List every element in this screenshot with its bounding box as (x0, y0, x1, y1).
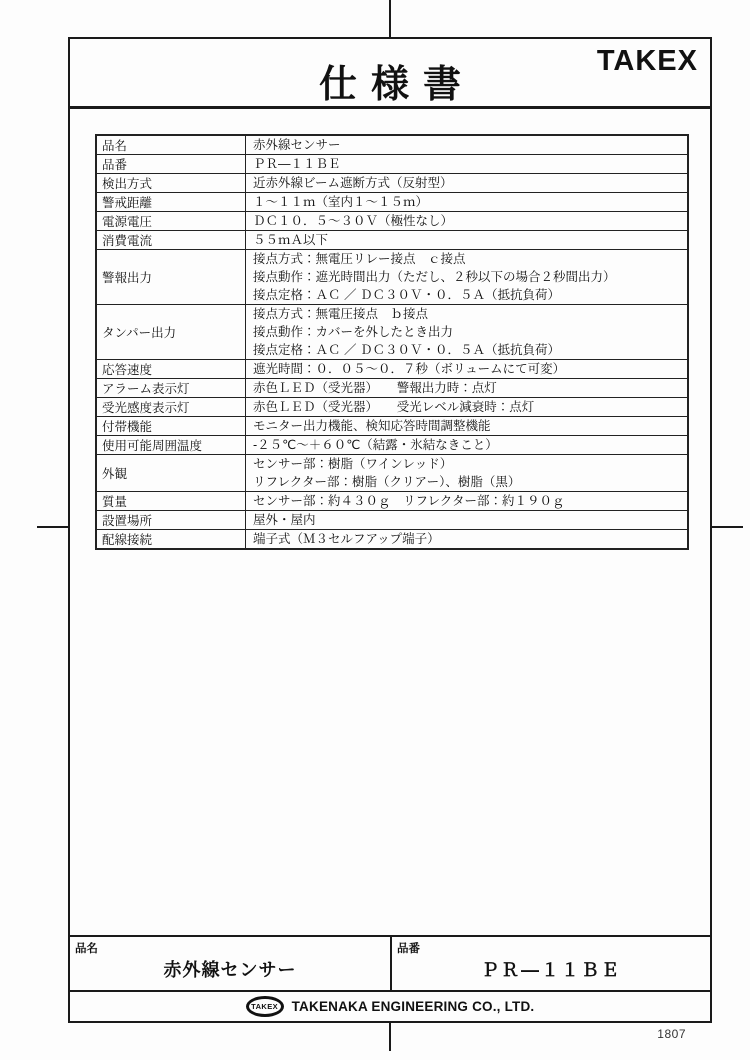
spec-row-label: 付帯機能 (97, 417, 246, 435)
spec-row-value: 端子式（Ｍ３セルフアップ端子） (246, 530, 687, 548)
spec-row-value: センサー部：約４３０ｇ リフレクター部：約１９０ｇ (246, 492, 687, 510)
spec-value-line: 近赤外線ビーム遮断方式（反射型） (253, 174, 687, 192)
spec-row: 応答速度遮光時間：０．０５～０．７秒（ボリュームにて可変） (97, 359, 687, 378)
doc-number: 1807 (657, 1027, 686, 1041)
crop-mark-bottom (389, 1021, 391, 1051)
spec-row: 警報出力接点方式：無電圧リレー接点 ｃ接点接点動作：遮光時間出力（ただし、２秒以… (97, 249, 687, 304)
spec-value-line: 端子式（Ｍ３セルフアップ端子） (253, 530, 687, 548)
spec-row: 配線接続端子式（Ｍ３セルフアップ端子） (97, 529, 687, 548)
spec-row: 付帯機能モニター出力機能、検知応答時間調整機能 (97, 416, 687, 435)
spec-value-line: 接点動作：遮光時間出力（ただし、２秒以下の場合２秒間出力） (253, 268, 687, 286)
bottom-number-value: ＰＲ―１１ＢＥ (392, 947, 710, 990)
spec-row-label: 警戒距離 (97, 193, 246, 211)
spec-row: 質量センサー部：約４３０ｇ リフレクター部：約１９０ｇ (97, 491, 687, 510)
spec-row-label: 品名 (97, 136, 246, 154)
sheet-footer: TAKEX TAKENAKA ENGINEERING CO., LTD. (70, 990, 710, 1021)
bottom-name-value: 赤外線センサー (70, 947, 390, 990)
spec-row-value: 屋外・屋内 (246, 511, 687, 529)
spec-row: タンパー出力接点方式：無電圧接点 ｂ接点接点動作：カバーを外したとき出力接点定格… (97, 304, 687, 359)
spec-value-line: 屋外・屋内 (253, 511, 687, 529)
spec-row-label: 設置場所 (97, 511, 246, 529)
bottom-name-cell: 品名 赤外線センサー (70, 937, 392, 990)
spec-row-label: 電源電圧 (97, 212, 246, 230)
spec-table: 品名赤外線センサー品番ＰＲ―１１ＢＥ検出方式近赤外線ビーム遮断方式（反射型）警戒… (95, 134, 689, 550)
bottom-title-block: 品名 赤外線センサー 品番 ＰＲ―１１ＢＥ (70, 935, 710, 990)
footer-company-name: TAKENAKA ENGINEERING CO., LTD. (292, 999, 535, 1014)
spec-value-line: 接点方式：無電圧接点 ｂ接点 (253, 305, 687, 323)
spec-row-label: 使用可能周囲温度 (97, 436, 246, 454)
spec-value-line: センサー部：樹脂（ワインレッド） (253, 455, 687, 473)
spec-value-line: 接点定格：ＡＣ ／ ＤＣ３０Ｖ・０．５Ａ（抵抗負荷） (253, 286, 687, 304)
spec-row: アラーム表示灯赤色ＬＥＤ（受光器） 警報出力時：点灯 (97, 378, 687, 397)
spec-row: 使用可能周囲温度-２５℃～＋６０℃（結露・氷結なきこと） (97, 435, 687, 454)
spec-value-line: 接点定格：ＡＣ ／ ＤＣ３０Ｖ・０．５Ａ（抵抗負荷） (253, 341, 687, 359)
spec-row-label: 消費電流 (97, 231, 246, 249)
spec-value-line: リフレクター部：樹脂（クリアー）、樹脂（黒） (253, 473, 687, 491)
spec-value-line: 赤色ＬＥＤ（受光器） 受光レベル減衰時：点灯 (253, 398, 687, 416)
sheet-header: 仕様書 TAKEX (70, 39, 710, 109)
spec-row-label: 警報出力 (97, 250, 246, 304)
spec-row-value: １～１１ｍ（室内１～１５ｍ） (246, 193, 687, 211)
crop-mark-top (389, 0, 391, 37)
spec-row-label: 応答速度 (97, 360, 246, 378)
spec-row-label: 配線接続 (97, 530, 246, 548)
spec-value-line: ＤＣ１０．５～３０Ｖ（極性なし） (253, 212, 687, 230)
spec-row-value: 赤色ＬＥＤ（受光器） 警報出力時：点灯 (246, 379, 687, 397)
spec-row-value: 赤色ＬＥＤ（受光器） 受光レベル減衰時：点灯 (246, 398, 687, 416)
spec-row-value: 近赤外線ビーム遮断方式（反射型） (246, 174, 687, 192)
spec-row-label: 受光感度表示灯 (97, 398, 246, 416)
spec-row: 外観センサー部：樹脂（ワインレッド）リフレクター部：樹脂（クリアー）、樹脂（黒） (97, 454, 687, 491)
spec-row-label: 品番 (97, 155, 246, 173)
spec-row-label: アラーム表示灯 (97, 379, 246, 397)
spec-row-label: 質量 (97, 492, 246, 510)
spec-row-value: 接点方式：無電圧接点 ｂ接点接点動作：カバーを外したとき出力接点定格：ＡＣ ／ … (246, 305, 687, 359)
spec-value-line: 接点動作：カバーを外したとき出力 (253, 323, 687, 341)
spec-row: 検出方式近赤外線ビーム遮断方式（反射型） (97, 173, 687, 192)
spec-row-value: 赤外線センサー (246, 136, 687, 154)
spec-value-line: ５５ｍＡ以下 (253, 231, 687, 249)
spec-row: 品名赤外線センサー (97, 136, 687, 154)
spec-value-line: -２５℃～＋６０℃（結露・氷結なきこと） (253, 436, 687, 454)
spec-value-line: 遮光時間：０．０５～０．７秒（ボリュームにて可変） (253, 360, 687, 378)
spec-row: 受光感度表示灯赤色ＬＥＤ（受光器） 受光レベル減衰時：点灯 (97, 397, 687, 416)
spec-row: 電源電圧ＤＣ１０．５～３０Ｖ（極性なし） (97, 211, 687, 230)
spec-row-value: 遮光時間：０．０５～０．７秒（ボリュームにて可変） (246, 360, 687, 378)
spec-row-value: モニター出力機能、検知応答時間調整機能 (246, 417, 687, 435)
spec-value-line: 接点方式：無電圧リレー接点 ｃ接点 (253, 250, 687, 268)
spec-value-line: 赤外線センサー (253, 136, 687, 154)
crop-mark-right (712, 526, 743, 528)
spec-row-value: ＤＣ１０．５～３０Ｖ（極性なし） (246, 212, 687, 230)
sheet-body: 品名赤外線センサー品番ＰＲ―１１ＢＥ検出方式近赤外線ビーム遮断方式（反射型）警戒… (70, 109, 710, 935)
spec-row-value: ５５ｍＡ以下 (246, 231, 687, 249)
spec-row-value: 接点方式：無電圧リレー接点 ｃ接点接点動作：遮光時間出力（ただし、２秒以下の場合… (246, 250, 687, 304)
sheet-frame: 仕様書 TAKEX 品名赤外線センサー品番ＰＲ―１１ＢＥ検出方式近赤外線ビーム遮… (68, 37, 712, 1023)
spec-value-line: センサー部：約４３０ｇ リフレクター部：約１９０ｇ (253, 492, 687, 510)
spec-row-label: 検出方式 (97, 174, 246, 192)
spec-row-label: 外観 (97, 455, 246, 491)
bottom-number-cell: 品番 ＰＲ―１１ＢＥ (392, 937, 710, 990)
spec-row: 警戒距離１～１１ｍ（室内１～１５ｍ） (97, 192, 687, 211)
spec-value-line: １～１１ｍ（室内１～１５ｍ） (253, 193, 687, 211)
spec-value-line: 赤色ＬＥＤ（受光器） 警報出力時：点灯 (253, 379, 687, 397)
takex-logo-wordmark: TAKEX (597, 45, 698, 78)
spec-row: 設置場所屋外・屋内 (97, 510, 687, 529)
spec-sheet-page: 仕様書 TAKEX 品名赤外線センサー品番ＰＲ―１１ＢＥ検出方式近赤外線ビーム遮… (0, 0, 750, 1060)
spec-row-value: -２５℃～＋６０℃（結露・氷結なきこと） (246, 436, 687, 454)
spec-row-value: センサー部：樹脂（ワインレッド）リフレクター部：樹脂（クリアー）、樹脂（黒） (246, 455, 687, 491)
crop-mark-left (37, 526, 68, 528)
spec-row-value: ＰＲ―１１ＢＥ (246, 155, 687, 173)
takex-circle-logo: TAKEX (246, 996, 284, 1017)
spec-value-line: ＰＲ―１１ＢＥ (253, 155, 687, 173)
spec-value-line: モニター出力機能、検知応答時間調整機能 (253, 417, 687, 435)
spec-row-label: タンパー出力 (97, 305, 246, 359)
spec-row: 品番ＰＲ―１１ＢＥ (97, 154, 687, 173)
spec-row: 消費電流５５ｍＡ以下 (97, 230, 687, 249)
